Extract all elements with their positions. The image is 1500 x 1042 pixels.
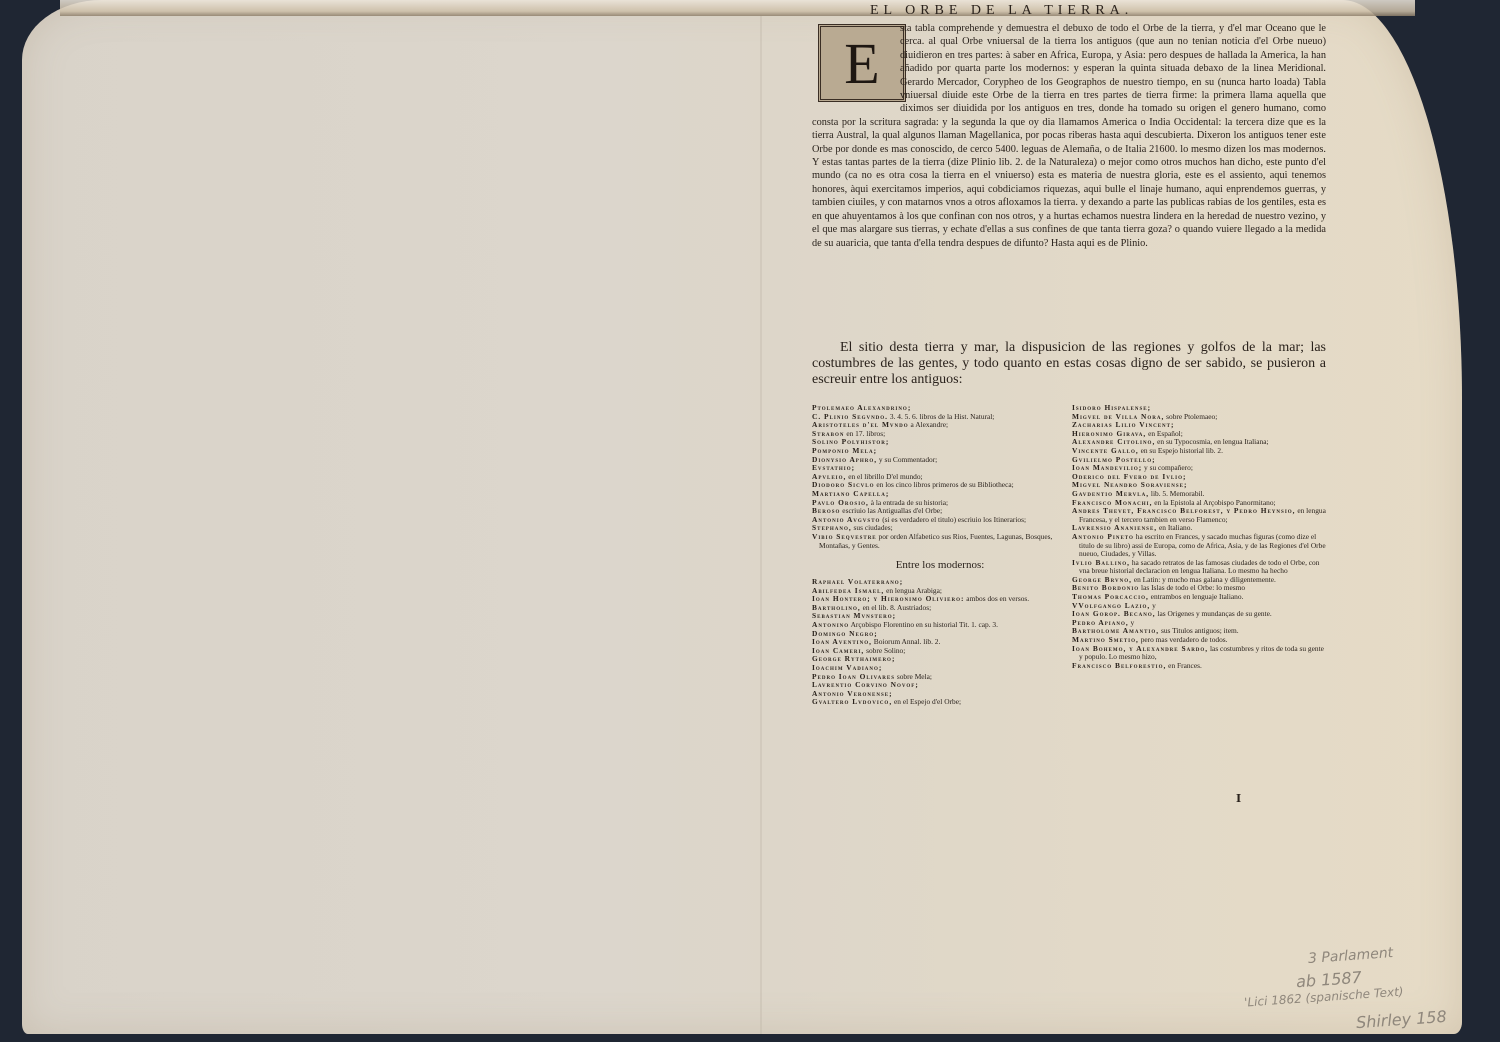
author-entry: Antonio Pineto ha escrito en Frances, y … (1072, 533, 1328, 559)
author-entry: Andres Thevet, Francisco Belforest, y Pe… (1072, 507, 1328, 524)
right-column: Isidoro Hispalense;Migvel de Villa Nora,… (1072, 404, 1328, 670)
author-note: y su Commentador; (877, 455, 937, 464)
author-entry: Francisco Belforestio, en Frances. (1072, 662, 1328, 671)
antiguos-list: Ptolemaeo Alexandrino;C. Plinio Segvndo.… (812, 404, 1068, 550)
intro-paragraph: sta tabla comprehende y demuestra el deb… (812, 22, 1326, 250)
author-entry: Vibio Seqvestre por orden Alfabetico sus… (812, 533, 1068, 550)
author-note: en Frances. (1166, 661, 1202, 670)
author-note: ambos dos en versos. (964, 594, 1029, 603)
author-note: en los cinco libros primeros de su Bibli… (875, 480, 1014, 489)
author-note: en el Espejo d'el Orbe; (892, 697, 961, 706)
author-entry: Ivlio Ballino, ha sacado retratos de las… (1072, 559, 1328, 576)
author-name: Gvaltero Lvdovico, (812, 697, 892, 706)
signature-mark: I (1236, 792, 1241, 805)
author-note: (si es verdadero el titulo) escriuio los… (880, 515, 1026, 524)
sources-heading: El sitio desta tierra y mar, la dispusic… (812, 340, 1326, 388)
author-note: las Origenes y mundanças de su gente. (1156, 609, 1272, 618)
top-fold-edge (60, 0, 1415, 16)
modernos-heading: Entre los modernos: (812, 558, 1068, 572)
author-note: a Alexandre; (909, 420, 948, 429)
author-note: entrambos en lenguaje Italiano. (1149, 592, 1244, 601)
center-fold-crease (760, 16, 762, 1034)
modernos-list: Raphael Volaterrano;Abilfedea Ismael, en… (812, 578, 1068, 707)
right-author-list: Isidoro Hispalense;Migvel de Villa Nora,… (1072, 404, 1328, 670)
left-column: Ptolemaeo Alexandrino;C. Plinio Segvndo.… (812, 404, 1068, 707)
author-entry: Ioan Bohemo, y Alexandre Sardo, las cost… (1072, 645, 1328, 662)
author-name: Francisco Belforestio, (1072, 661, 1166, 670)
author-entry: Gvaltero Lvdovico, en el Espejo d'el Orb… (812, 698, 1068, 707)
page-title: El Orbe de la Tierra. (870, 3, 1133, 19)
